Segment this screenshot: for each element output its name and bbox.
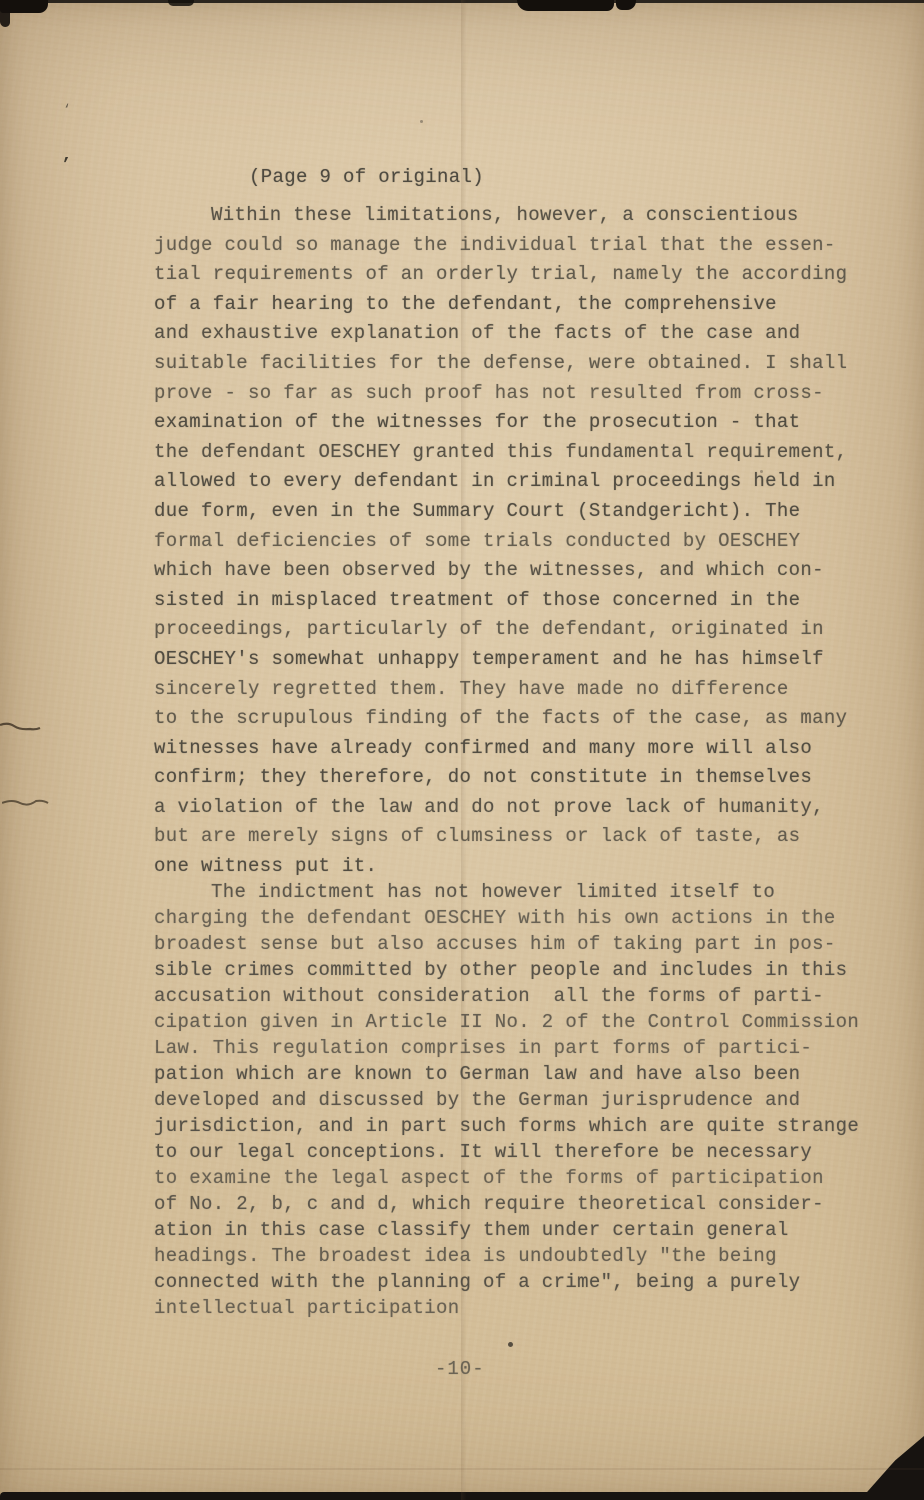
scan-blot-left-edge: [0, 0, 10, 27]
page-header: (Page 9 of original): [249, 166, 484, 188]
stray-ink-mark: ’: [61, 156, 71, 175]
paper-tear-mark: [0, 720, 42, 734]
text-line: sisted in misplaced treatment of those c…: [154, 586, 884, 616]
text-line: broadest sense but also accuses him of t…: [154, 931, 884, 957]
text-line: witnesses have already confirmed and man…: [154, 734, 884, 764]
text-line: cipation given in Article II No. 2 of th…: [154, 1009, 884, 1035]
paragraph-2: The indictment has not however limited i…: [154, 879, 884, 1321]
text-line: charging the defendant OESCHEY with his …: [154, 905, 884, 931]
ink-speck: [420, 120, 423, 123]
text-line: accusation without consideration all the…: [154, 983, 884, 1009]
page-number: -10-: [435, 1358, 485, 1380]
text-line: jurisdiction, and in part such forms whi…: [154, 1113, 884, 1139]
text-line: prove - so far as such proof has not res…: [154, 379, 884, 409]
text-line: confirm; they therefore, do not constitu…: [154, 763, 884, 793]
text-line: which have been observed by the witnesse…: [154, 556, 884, 586]
stray-ink-mark: ‘: [63, 102, 71, 117]
text-line: Within these limitations, however, a con…: [154, 201, 884, 231]
text-line: ation in this case classify them under c…: [154, 1217, 884, 1243]
text-line: formal deficiencies of some trials condu…: [154, 527, 884, 557]
text-line: due form, even in the Summary Court (Sta…: [154, 497, 884, 527]
text-line: a violation of the law and do not prove …: [154, 793, 884, 823]
paper-tear-mark: [2, 796, 50, 810]
scan-blot-top-2: [517, 0, 614, 11]
text-line: intellectual participation: [154, 1295, 884, 1321]
text-line: of a fair hearing to the defendant, the …: [154, 290, 884, 320]
text-line: sible crimes committed by other people a…: [154, 957, 884, 983]
text-line: and exhaustive explanation of the facts …: [154, 319, 884, 349]
scan-blot-top-1: [168, 0, 194, 6]
text-line: connected with the planning of a crime",…: [154, 1269, 884, 1295]
text-line: to the scrupulous finding of the facts o…: [154, 704, 884, 734]
text-line: judge could so manage the individual tri…: [154, 231, 884, 261]
text-line: headings. The broadest idea is undoubted…: [154, 1243, 884, 1269]
paper-horizontal-crease: [0, 1468, 924, 1470]
paragraph-1: Within these limitations, however, a con…: [154, 201, 884, 882]
text-line: but are merely signs of clumsiness or la…: [154, 822, 884, 852]
text-line: sincerely regretted them. They have made…: [154, 675, 884, 705]
text-line: pation which are known to German law and…: [154, 1061, 884, 1087]
text-line: to examine the legal aspect of the forms…: [154, 1165, 884, 1191]
text-line: examination of the witnesses for the pro…: [154, 408, 884, 438]
text-line: suitable facilities for the defense, wer…: [154, 349, 884, 379]
text-line: developed and discussed by the German ju…: [154, 1087, 884, 1113]
text-line: The indictment has not however limited i…: [154, 879, 884, 905]
text-line: proceedings, particularly of the defenda…: [154, 615, 884, 645]
text-line: tial requirements of an orderly trial, n…: [154, 260, 884, 290]
text-line: allowed to every defendant in criminal p…: [154, 467, 884, 497]
text-line: Law. This regulation comprises in part f…: [154, 1035, 884, 1061]
text-line: to our legal conceptions. It will theref…: [154, 1139, 884, 1165]
scan-blot-top-3: [616, 0, 636, 10]
ink-speck: [508, 1342, 513, 1347]
text-line: one witness put it.: [154, 852, 884, 882]
text-line: OESCHEY's somewhat unhappy temperament a…: [154, 645, 884, 675]
text-line: of No. 2, b, c and d, which require theo…: [154, 1191, 884, 1217]
scanned-document-page: ’ ‘ (Page 9 of original) Within these li…: [0, 0, 924, 1500]
text-line: the defendant OESCHEY granted this funda…: [154, 438, 884, 468]
